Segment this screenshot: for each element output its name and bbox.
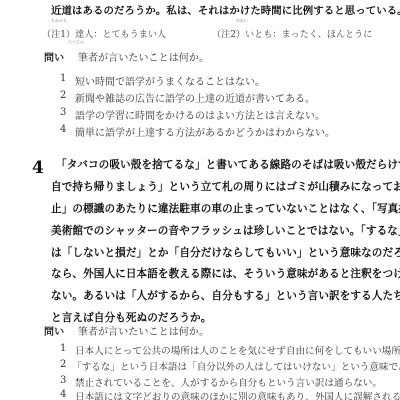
note-1-definition: ：とてもうまい人 [93, 30, 166, 40]
option-number: 4 [60, 389, 66, 400]
question-label: 問い [44, 327, 64, 338]
option-number: 3 [60, 107, 66, 118]
section-number: 4 [32, 158, 44, 178]
note-2-definition: ：まったく、ほんとうに [272, 30, 372, 40]
option-text: 簡単に語学が上達する方法があるかどうかはわからない。 [75, 124, 335, 139]
option-number: 2 [60, 359, 66, 370]
option-text: 禁止されていることを、人がするから自分もという言い訳は通らない。 [75, 375, 382, 389]
note-1: （注1）達人：とてもうまい人 [42, 29, 166, 41]
question-label: 問い [44, 53, 64, 64]
option-number: 3 [60, 375, 66, 386]
furigana-hirei: ひれい [236, 18, 248, 24]
option-text: 「するな」という日本語は「自分以外の人はしてはいけない」という意味である。 [72, 359, 400, 373]
option-text: 日本語には文字どおりの意味のほかに別の意味もあり、外国人に誤解される。 [75, 389, 400, 400]
furigana-tatsujin: たつじん [68, 39, 84, 45]
passage4-line-1: 「タバコの吸い殻を捨てるな」と書いてある線路のそばは吸い殻だらけで、「ゴミは各 [56, 159, 400, 171]
option-number: 1 [60, 73, 66, 84]
question-text: 筆者が言いたいことは何か。 [78, 53, 209, 64]
passage4-line-2: 自で持ち帰りましょう」という立て札の周りにはゴミが山積みになっており、「駐車禁 [51, 181, 400, 193]
option-number: 4 [60, 124, 66, 135]
passage3-last-line: 近道はあるのだろうか。私は、それはかけた時間に比例すると思っている。 [51, 5, 400, 17]
note-2: （注2）いとも：まったく、ほんとうに [212, 29, 372, 41]
passage4-line-6: なら、外国人に日本語を教える際には、そういう意味があると注釈をつけなければいけ [51, 268, 400, 280]
note-2-term: いとも [245, 30, 272, 40]
option-text: 短い時間で語学がうまくなることはない。 [75, 73, 265, 88]
option-text: 新聞や雑誌の広告に語学の上達の近道が書いてある。 [75, 90, 315, 105]
furigana-chikamichi: ちかみち [51, 18, 67, 24]
passage4-line-5: は「しないと損だ」とか「自分だけならしてもいい」という意味なのだろうか(注)。そ… [51, 247, 400, 259]
question-3: 問い 筆者が言いたいことは何か。 [44, 52, 209, 65]
passage4-line-7: ない。あるいは「人がするから、自分もする」という言い訳をする人たちは、人が死ぬ [51, 290, 400, 302]
passage4-line-8: と言えば自分も死ぬのだろうか。 [51, 312, 211, 324]
question-text: 筆者が言いたいことは何か。 [78, 327, 209, 338]
passage4-line-3: 止」の標識のあたりに違法駐車の車の止まっていないことはなく、「写真撮影禁止」の [51, 203, 400, 215]
passage4-line-4: 美術館でのシャッターの音やフラッシュは珍しいことではない。「するな」ということ [51, 225, 400, 237]
option-text: 語学の学習に時間をかけるのはよい方法とは言えない。 [75, 107, 325, 122]
option-number: 2 [60, 90, 66, 101]
question-4: 問い 筆者が言いたいことは何か。 [44, 326, 209, 339]
option-number: 1 [60, 343, 66, 354]
option-text: 日本人にとって公共の場所は人のことを気にせず自由に何をしてもいい場所である。 [75, 343, 400, 357]
note-2-label: （注2） [212, 30, 245, 40]
